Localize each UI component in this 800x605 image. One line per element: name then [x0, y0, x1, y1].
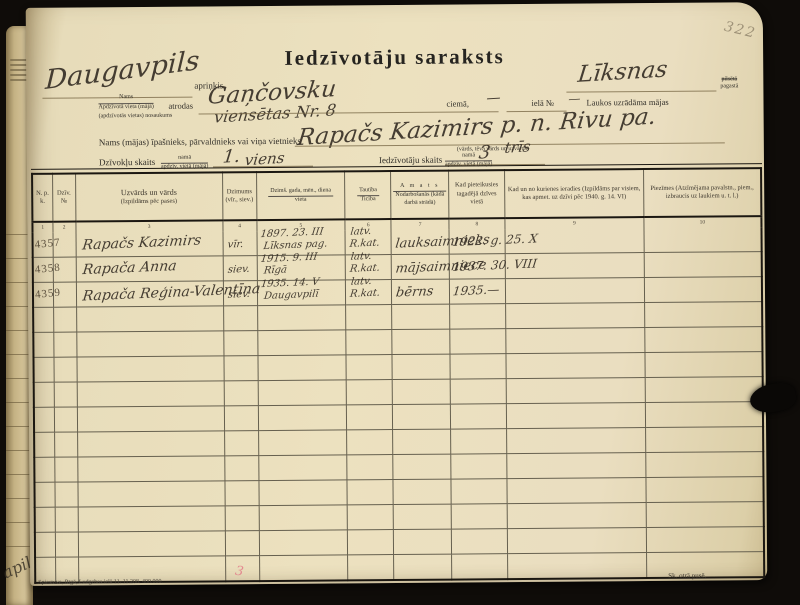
gender-handwritten: siev. — [227, 289, 250, 301]
table-cell — [53, 307, 76, 332]
table-cell — [224, 406, 258, 431]
name-handwritten: Rapačs Kazimirs — [81, 232, 202, 253]
nosaukums-label: (apdzīvotās vietas) nosaukums — [99, 113, 173, 121]
table-cell — [54, 457, 77, 482]
col-header-gender: Dzimums (vīr., siev.) — [222, 172, 257, 220]
table-cell — [33, 307, 53, 332]
table-cell — [392, 354, 450, 379]
table-cell: bērns — [392, 279, 450, 304]
table-cell — [258, 455, 347, 481]
table-cell — [225, 531, 259, 556]
registered-handwritten: 1935.— — [452, 282, 500, 298]
printer-imprint: Spiestuve, Rīgā, Ludgebas ielā 11. 11.20… — [38, 579, 163, 586]
table-cell — [451, 529, 507, 554]
table-cell — [346, 380, 392, 405]
table-cell — [646, 452, 764, 478]
table-cell — [347, 405, 393, 430]
table-cell — [223, 306, 257, 331]
table-cell — [78, 531, 225, 557]
apartments-fraction: namā apdzīv. vietā (mājā) — [161, 153, 209, 171]
see-other-side-note: Sk. otrā pusē. — [668, 572, 706, 580]
atrodas-label: atrodas — [168, 101, 193, 111]
col-header-occupation: A m a t s Nodarbošanās (kādā darbā strād… — [391, 171, 449, 219]
table-cell: 1935. 14. VDaugavpilī — [257, 280, 346, 306]
nams-label: Nams — [98, 94, 153, 104]
col-header-registered: Kad pieteikusies tagadējā dzīves vietā — [448, 170, 505, 218]
name-handwritten: Rapača Anna — [81, 258, 177, 278]
table-cell — [347, 430, 393, 455]
birth_date-handwritten: 1915. 9. III — [260, 252, 318, 265]
col-header-remarks: Piezīmes (Atzīmējama pavalstn., piem., i… — [643, 168, 761, 217]
table-cell — [224, 456, 258, 481]
table-cell — [644, 252, 762, 278]
table-cell — [507, 428, 646, 454]
column-number: 4 — [222, 220, 256, 231]
table-cell — [54, 432, 77, 457]
table-cell — [78, 456, 225, 482]
apartments-count-handwritten: 1. — [222, 146, 242, 168]
table-cell — [506, 328, 645, 354]
table-cell: lauksaimnieks — [391, 230, 449, 255]
table-cell — [258, 430, 347, 456]
table-cell — [55, 507, 78, 532]
nams-fraction-label: Nams Apdzīvotā vieta (mājā) — [98, 94, 153, 111]
pilseta-label-struck: pilsētā — [721, 76, 737, 82]
table-cell — [78, 506, 225, 532]
table-cell — [644, 277, 762, 303]
table-cell — [77, 356, 224, 382]
table-cell — [645, 427, 763, 453]
table-cell — [451, 454, 507, 479]
pagasta-label: pagastā — [720, 83, 738, 89]
gender-handwritten: vīr. — [226, 239, 243, 251]
table-cell — [77, 331, 224, 357]
photo-background: apil Iedzīvotāju saraksts 322 Daugavpils… — [0, 0, 800, 605]
table-cell — [394, 504, 452, 529]
table-cell — [348, 555, 394, 581]
nationality-handwritten: latv. — [350, 251, 372, 263]
nams-sub-label: Apdzīvotā vieta (mājā) — [98, 103, 153, 109]
table-cell — [35, 507, 55, 532]
nationality-handwritten: latv. — [350, 276, 372, 288]
religion-handwritten: R.kat. — [349, 288, 380, 300]
occupation-handwritten: bērns — [395, 284, 434, 301]
residents-words-handwritten: trīs — [504, 137, 532, 157]
table-cell — [645, 377, 763, 403]
table-cell — [394, 529, 452, 554]
dash-handwritten-1: — — [485, 90, 501, 107]
table-cell — [507, 478, 646, 504]
table-cell — [451, 504, 507, 529]
table-cell — [258, 380, 347, 406]
table-cell — [259, 505, 348, 531]
table-cell — [507, 503, 646, 529]
table-cell — [450, 404, 506, 429]
table-cell: 4359 — [33, 282, 53, 307]
table-cell — [506, 353, 645, 379]
table-cell — [393, 404, 451, 429]
table-cell — [259, 530, 348, 556]
iela-label: ielā № — [531, 98, 554, 108]
table-cell — [54, 382, 77, 407]
header-row: N. p. k. Dzīv. № Uzvārds un vārds (Izpil… — [32, 168, 761, 222]
table-cell — [33, 357, 53, 382]
pagasts-handwritten: Līksnas — [576, 57, 668, 88]
apartments-label: Dzīvokļu skaits — [99, 157, 155, 167]
table-cell — [392, 329, 450, 354]
table-cell — [34, 407, 54, 432]
col-header-nationality: Tautība Ticība — [345, 171, 392, 219]
residents-table: N. p. k. Dzīv. № Uzvārds un vārds (Izpil… — [31, 167, 765, 584]
table-cell — [450, 354, 506, 379]
table-cell — [506, 303, 645, 329]
table-cell — [393, 379, 451, 404]
table-cell: vīr. — [223, 231, 257, 256]
num-handwritten: 4358 — [34, 262, 61, 276]
table-cell — [54, 407, 77, 432]
table-cell — [34, 482, 54, 507]
table-cell — [257, 305, 346, 331]
table-cell — [393, 479, 451, 504]
table-cell — [225, 506, 259, 531]
table-cell — [78, 481, 225, 507]
table-cell: 1935.— — [449, 279, 505, 304]
table-cell — [77, 431, 224, 457]
table-cell — [347, 480, 393, 505]
column-number: 1 — [32, 222, 52, 233]
table-cell — [223, 331, 257, 356]
table-cell — [55, 532, 78, 557]
column-number: 7 — [391, 219, 448, 230]
table-cell — [450, 329, 506, 354]
table-cell — [77, 406, 224, 432]
table-cell: 4357 — [33, 233, 53, 258]
table-cell — [258, 405, 347, 431]
table-cell — [34, 432, 54, 457]
table-cell — [644, 302, 762, 328]
col-header-name: Uzvārds un vārds (Izpildāms pēc pases) — [75, 172, 222, 221]
table-cell — [34, 382, 54, 407]
table-cell: Rapača Reģina-Valentīna — [76, 281, 223, 307]
table-cell — [507, 528, 646, 554]
table-cell — [259, 480, 348, 506]
table-cell — [224, 431, 258, 456]
table-cell — [645, 352, 763, 378]
table-cell — [393, 429, 451, 454]
table-cell — [35, 532, 55, 557]
table-cell — [645, 402, 763, 428]
table-cell — [450, 379, 506, 404]
table-cell: mājsaimniece — [392, 254, 450, 279]
table-cell — [507, 453, 646, 479]
table-cell — [645, 327, 763, 353]
table-cell — [646, 527, 764, 553]
residents-label: Iedzīvotāju skaits — [379, 155, 442, 165]
table-cell — [449, 304, 505, 329]
column-number: 8 — [449, 218, 505, 229]
ciema-label: ciemā, — [446, 98, 468, 108]
table-cell — [346, 330, 392, 355]
table-cell — [259, 555, 348, 581]
table-cell — [347, 455, 393, 480]
table-cell — [394, 554, 452, 580]
table-cell — [224, 481, 258, 506]
table-cell — [53, 332, 76, 357]
table-cell — [506, 403, 645, 429]
table-cell: 4358 — [33, 257, 53, 282]
owner-label: Nams (mājas) īpašnieks, pārvaldnieks vai… — [99, 136, 301, 148]
table-cell — [55, 482, 78, 507]
column-number: 2 — [53, 222, 76, 233]
table-cell — [450, 429, 506, 454]
table-cell — [451, 554, 507, 580]
table-cell: latv.R.kat. — [346, 280, 392, 305]
table-cell — [348, 530, 394, 555]
pilseta-pagasta-label: pilsētā pagastā — [720, 76, 738, 91]
table-cell — [54, 357, 77, 382]
table-cell — [451, 479, 507, 504]
table-cell: siev. — [223, 256, 257, 281]
table-cell — [346, 305, 392, 330]
col-header-birth: Dzimš. gada, mēn., diena vieta — [256, 171, 345, 220]
col-header-npk: N. p. k. — [32, 174, 52, 222]
table-cell — [646, 477, 764, 503]
table-cell — [506, 378, 645, 404]
pencil-page-number: 322 — [723, 19, 759, 42]
table-cell — [646, 502, 764, 528]
religion-handwritten: R.kat. — [349, 238, 380, 250]
col-header-apartment-no: Dzīv. № — [52, 174, 76, 222]
table-cell — [33, 332, 53, 357]
table-cell — [347, 505, 393, 530]
table-cell — [224, 381, 258, 406]
table-cell: Rapača Anna — [76, 256, 223, 282]
table-cell — [644, 227, 762, 252]
table-cell — [77, 381, 224, 407]
table-cell — [258, 355, 347, 381]
table-cell — [76, 306, 223, 332]
col-header-arrived: Kad un no kurienes ieradies (Izpildāms p… — [505, 169, 644, 218]
nationality-handwritten: latv. — [350, 226, 372, 238]
birth_place-handwritten: Daugavpilī — [263, 289, 319, 302]
table-cell — [34, 457, 54, 482]
gender-handwritten: siev. — [227, 264, 250, 276]
religion-handwritten: R.kat. — [349, 263, 380, 275]
num-handwritten: 4359 — [34, 287, 61, 301]
register-page: Iedzīvotāju saraksts 322 Daugavpils apri… — [26, 2, 768, 586]
table-cell — [508, 553, 647, 580]
num-handwritten: 4357 — [34, 237, 61, 251]
birth_place-handwritten: Rīgā — [263, 264, 287, 276]
birth_place-handwritten: Līksnas pag. — [263, 238, 328, 252]
table-cell — [346, 355, 392, 380]
table-cell: Rapačs Kazimirs — [76, 231, 223, 257]
table-cell — [393, 454, 451, 479]
table-cell — [224, 356, 258, 381]
table-cell — [392, 304, 450, 329]
table-cell — [258, 330, 347, 356]
dash-handwritten-2: — — [568, 91, 582, 106]
table-cell — [505, 278, 644, 304]
table-body: 123456789104357Rapačs Kazimirsvīr.1897. … — [32, 216, 764, 583]
